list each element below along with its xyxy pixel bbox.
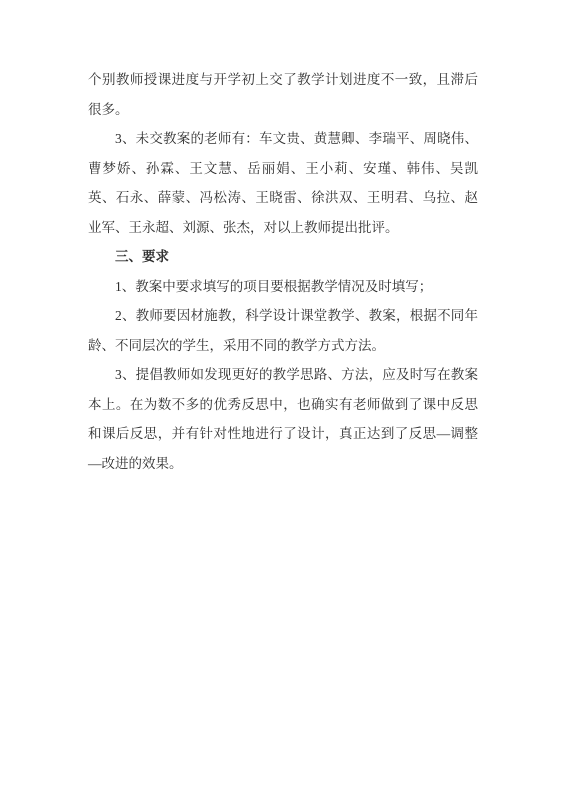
heading-requirements: 三、要求 <box>88 242 478 272</box>
requirement-item-3: 3、提倡教师如发现更好的教学思路、方法，应及时写在教案本上。在为数不多的优秀反思… <box>88 360 478 478</box>
requirement-item-2: 2、教师要因材施教，科学设计课堂教学、教案，根据不同年龄、不同层次的学生，采用不… <box>88 301 478 360</box>
paragraph-missing-lesson-plan-teachers: 3、未交教案的老师有：车文贵、黄慧卿、李瑞平、周晓伟、曹梦娇、孙霖、王文慧、岳丽… <box>88 124 478 242</box>
paragraph-overdue-progress: 个别教师授课进度与开学初上交了教学计划进度不一致，且滞后很多。 <box>88 65 478 124</box>
requirement-item-1: 1、教案中要求填写的项目要根据教学情况及时填写； <box>88 272 478 302</box>
document-page: 个别教师授课进度与开学初上交了教学计划进度不一致，且滞后很多。 3、未交教案的老… <box>0 0 566 800</box>
